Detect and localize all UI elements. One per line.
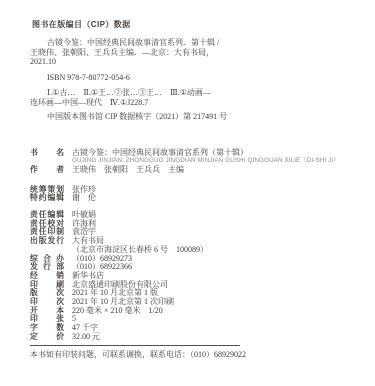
- colophon-row: 开本 220 毫米 × 210 毫米 1/20: [30, 307, 355, 316]
- cip-record-line: 2021.10: [30, 57, 355, 67]
- row-value: 5: [72, 315, 355, 324]
- row-value-wrap: 王晓伟 张朝阳 王兵兵 主编: [72, 166, 355, 175]
- row-value: 叶敏娟: [72, 211, 355, 220]
- cip-record-number: 中国版本图书馆 CIP 数据核字（2021）第 217491 号: [30, 112, 355, 122]
- row-label: 作者: [30, 166, 64, 175]
- row-value: 张作珍: [72, 186, 355, 195]
- row-value: （010）68922366: [72, 263, 355, 272]
- colophon-row: 定价 32.00 元: [30, 333, 355, 342]
- row-label: 定价: [30, 333, 64, 342]
- copyright-page: 图书在版编目（CIP）数据 古镜今鉴：中国经典民间故事清官系列．第十辑 /王晓伟…: [0, 0, 375, 386]
- row-value: 谢 伦: [72, 194, 355, 203]
- row-value: 王晓伟 张朝阳 王兵兵 主编: [72, 166, 355, 175]
- cip-classification: Ⅰ.①古… Ⅱ.①王…②张…③王… Ⅲ.①动画—连环画—中国—现代 Ⅳ.①J22…: [30, 88, 355, 107]
- colophon-group: 责任编辑 叶敏娟 责任校对 许海利 责任印制 袁浩宇 出版发行 大有书局 （北京…: [30, 211, 355, 342]
- row-label: 特约编辑: [30, 194, 64, 203]
- row-value-wrap: 47 千字: [72, 324, 355, 333]
- row-label: 出版发行: [30, 237, 64, 246]
- row-value-wrap: 袁浩宇: [72, 228, 355, 237]
- row-value: 古镜今鉴：中国经典民间故事清官系列（第十辑）: [72, 149, 355, 158]
- row-value-wrap: 5: [72, 315, 355, 324]
- colophon-group: 书名 古镜今鉴：中国经典民间故事清官系列（第十辑） GUJING JINJIAN…: [30, 149, 355, 175]
- row-value-wrap: （010）68922366: [72, 263, 355, 272]
- row-value-wrap: 220 毫米 × 210 毫米 1/20: [72, 307, 355, 316]
- row-value-wrap: 谢 伦: [72, 194, 355, 203]
- cip-record-line: 古镜今鉴：中国经典民间故事清官系列．第十辑 /: [30, 38, 355, 48]
- row-value-wrap: 大有书局 （北京市海淀区长春桥 6 号 100089）: [72, 237, 355, 254]
- colophon-row: 出版发行 大有书局 （北京市海淀区长春桥 6 号 100089）: [30, 237, 355, 254]
- colophon: 书名 古镜今鉴：中国经典民间故事清官系列（第十辑） GUJING JINJIAN…: [30, 149, 355, 342]
- footer-note: 本书如有印装问题，可联系调换，联系电话：（010）68929022: [30, 350, 355, 360]
- row-value-wrap: 古镜今鉴：中国经典民间故事清官系列（第十辑） GUJING JINJIAN: Z…: [72, 149, 355, 166]
- isbn-text: ISBN 978-7-80772-054-6: [30, 73, 355, 83]
- cip-classification-line: 连环画—中国—现代 Ⅳ.①J228.7: [30, 98, 355, 108]
- row-value: 47 千字: [72, 324, 355, 333]
- cip-record: 古镜今鉴：中国经典民间故事清官系列．第十辑 /王晓伟、张朝阳、王兵兵主编．—北京…: [30, 38, 355, 67]
- row-value-wrap: 叶敏娟: [72, 211, 355, 220]
- row-label: 书名: [30, 149, 64, 158]
- row-value-wrap: 许海利: [72, 220, 355, 229]
- colophon-row: 作者 王晓伟 张朝阳 王兵兵 主编: [30, 166, 355, 175]
- colophon-row: 书名 古镜今鉴：中国经典民间故事清官系列（第十辑） GUJING JINJIAN…: [30, 149, 355, 166]
- divider-rule: [30, 345, 240, 346]
- row-value: 袁浩宇: [72, 228, 355, 237]
- colophon-group: 统筹策划 张作珍 特约编辑 谢 伦: [30, 186, 355, 203]
- colophon-row: 特约编辑 谢 伦: [30, 194, 355, 203]
- row-value-wrap: 32.00 元: [72, 333, 355, 342]
- cip-heading: 图书在版编目（CIP）数据: [32, 20, 355, 30]
- row-value: 220 毫米 × 210 毫米 1/20: [72, 307, 355, 316]
- row-value: 许海利: [72, 220, 355, 229]
- row-value-wrap: 张作珍: [72, 186, 355, 195]
- cip-classification-line: Ⅰ.①古… Ⅱ.①王…②张…③王… Ⅲ.①动画—: [30, 88, 355, 98]
- cip-record-line: 王晓伟、张朝阳、王兵兵主编．—北京：大有书局，: [30, 48, 355, 58]
- row-value: 32.00 元: [72, 333, 355, 342]
